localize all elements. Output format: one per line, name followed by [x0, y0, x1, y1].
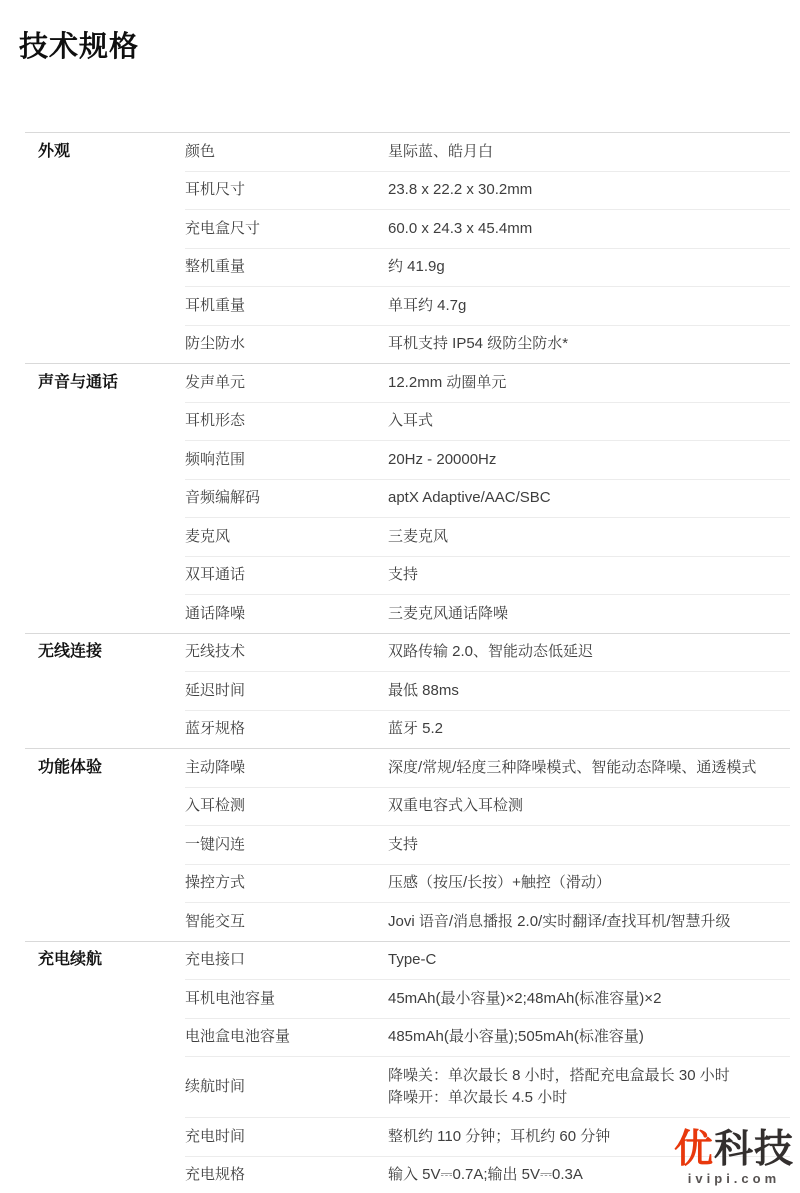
- spec-section-2: 声音与通话发声单元12.2mm 动圈单元耳机形态入耳式频响范围20Hz - 20…: [25, 363, 790, 633]
- spec-label: 双耳通话: [185, 564, 388, 587]
- spec-label: 一键闪连: [185, 834, 388, 857]
- spec-row: 主动降噪深度/常规/轻度三种降噪模式、智能动态降噪、通透模式: [185, 749, 790, 788]
- spec-row: 音频编解码aptX Adaptive/AAC/SBC: [185, 480, 790, 519]
- spec-section-3: 无线连接无线技术双路传输 2.0、智能动态低延迟延迟时间最低 88ms蓝牙规格蓝…: [25, 633, 790, 749]
- spec-value: 双路传输 2.0、智能动态低延迟: [388, 641, 790, 664]
- spec-value: 耳机支持 IP54 级防尘防水*: [388, 333, 790, 356]
- section-category: 无线连接: [25, 634, 185, 749]
- spec-value: 45mAh(最小容量)×2;48mAh(标准容量)×2: [388, 988, 790, 1011]
- spec-value: 蓝牙 5.2: [388, 718, 790, 741]
- spec-row: 耳机尺寸23.8 x 22.2 x 30.2mm: [185, 172, 790, 211]
- spec-value: 12.2mm 动圈单元: [388, 372, 790, 395]
- spec-value: 降噪关：单次最长 8 小时，搭配充电盒最长 30 小时 降噪开：单次最长 4.5…: [388, 1065, 790, 1110]
- section-rows: 颜色星际蓝、皓月白耳机尺寸23.8 x 22.2 x 30.2mm充电盒尺寸60…: [185, 133, 790, 363]
- spec-value: 压感（按压/长按）+触控（滑动）: [388, 872, 790, 895]
- spec-row: 续航时间降噪关：单次最长 8 小时，搭配充电盒最长 30 小时 降噪开：单次最长…: [185, 1057, 790, 1118]
- spec-label: 蓝牙规格: [185, 718, 388, 741]
- spec-row: 通话降噪三麦克风通话降噪: [185, 595, 790, 633]
- spec-label: 发声单元: [185, 372, 388, 395]
- spec-label: 音频编解码: [185, 487, 388, 510]
- spec-row: 耳机电池容量45mAh(最小容量)×2;48mAh(标准容量)×2: [185, 980, 790, 1019]
- spec-row: 电池盒电池容量485mAh(最小容量);505mAh(标准容量): [185, 1019, 790, 1058]
- site-logo-dark-part: 科技: [714, 1128, 794, 1171]
- spec-label: 延迟时间: [185, 680, 388, 703]
- spec-label: 耳机尺寸: [185, 179, 388, 202]
- spec-label: 智能交互: [185, 911, 388, 934]
- spec-label: 频响范围: [185, 449, 388, 472]
- spec-label: 耳机电池容量: [185, 988, 388, 1011]
- spec-row: 耳机形态入耳式: [185, 403, 790, 442]
- spec-label: 耳机形态: [185, 410, 388, 433]
- site-logo: 优科技: [674, 1130, 794, 1169]
- spec-row: 无线技术双路传输 2.0、智能动态低延迟: [185, 634, 790, 673]
- spec-row: 入耳检测双重电容式入耳检测: [185, 788, 790, 827]
- spec-table: 外观颜色星际蓝、皓月白耳机尺寸23.8 x 22.2 x 30.2mm充电盒尺寸…: [25, 132, 790, 1193]
- spec-value: 支持: [388, 564, 790, 587]
- spec-value: 约 41.9g: [388, 256, 790, 279]
- site-url: ivipi.com: [674, 1172, 794, 1185]
- spec-value: 星际蓝、皓月白: [388, 141, 790, 164]
- site-watermark: 优科技 ivipi.com: [674, 1130, 794, 1185]
- spec-value: 三麦克风: [388, 526, 790, 549]
- spec-value: 最低 88ms: [388, 680, 790, 703]
- spec-row: 麦克风三麦克风: [185, 518, 790, 557]
- spec-value: 485mAh(最小容量);505mAh(标准容量): [388, 1026, 790, 1049]
- spec-label: 麦克风: [185, 526, 388, 549]
- section-category: 充电续航: [25, 942, 185, 1193]
- spec-row: 智能交互Jovi 语音/消息播报 2.0/实时翻译/查找耳机/智慧升级: [185, 903, 790, 941]
- spec-label: 入耳检测: [185, 795, 388, 818]
- spec-value: 深度/常规/轻度三种降噪模式、智能动态降噪、通透模式: [388, 757, 790, 780]
- spec-value: Type-C: [388, 949, 790, 972]
- spec-label: 充电盒尺寸: [185, 218, 388, 241]
- section-rows: 发声单元12.2mm 动圈单元耳机形态入耳式频响范围20Hz - 20000Hz…: [185, 364, 790, 633]
- page-title: 技术规格: [19, 29, 139, 67]
- spec-row: 防尘防水耳机支持 IP54 级防尘防水*: [185, 326, 790, 364]
- spec-row: 延迟时间最低 88ms: [185, 672, 790, 711]
- section-category: 声音与通话: [25, 364, 185, 633]
- spec-value: 双重电容式入耳检测: [388, 795, 790, 818]
- spec-row: 一键闪连支持: [185, 826, 790, 865]
- spec-value: aptX Adaptive/AAC/SBC: [388, 487, 790, 510]
- spec-row: 频响范围20Hz - 20000Hz: [185, 441, 790, 480]
- spec-row: 整机重量约 41.9g: [185, 249, 790, 288]
- spec-row: 双耳通话支持: [185, 557, 790, 596]
- spec-section-4: 功能体验主动降噪深度/常规/轻度三种降噪模式、智能动态降噪、通透模式入耳检测双重…: [25, 748, 790, 941]
- spec-value: 支持: [388, 834, 790, 857]
- spec-label: 续航时间: [185, 1076, 388, 1099]
- spec-row: 蓝牙规格蓝牙 5.2: [185, 711, 790, 749]
- spec-label: 无线技术: [185, 641, 388, 664]
- spec-value: 单耳约 4.7g: [388, 295, 790, 318]
- spec-label: 整机重量: [185, 256, 388, 279]
- spec-value: 23.8 x 22.2 x 30.2mm: [388, 179, 790, 202]
- spec-label: 主动降噪: [185, 757, 388, 780]
- spec-value: Jovi 语音/消息播报 2.0/实时翻译/查找耳机/智慧升级: [388, 911, 790, 934]
- spec-row: 充电盒尺寸60.0 x 24.3 x 45.4mm: [185, 210, 790, 249]
- spec-value: 入耳式: [388, 410, 790, 433]
- spec-value: 三麦克风通话降噪: [388, 603, 790, 626]
- spec-row: 耳机重量单耳约 4.7g: [185, 287, 790, 326]
- spec-row: 充电接口Type-C: [185, 942, 790, 981]
- spec-value: 60.0 x 24.3 x 45.4mm: [388, 218, 790, 241]
- section-category: 功能体验: [25, 749, 185, 941]
- section-rows: 主动降噪深度/常规/轻度三种降噪模式、智能动态降噪、通透模式入耳检测双重电容式入…: [185, 749, 790, 941]
- spec-page: 技术规格 外观颜色星际蓝、皓月白耳机尺寸23.8 x 22.2 x 30.2mm…: [0, 0, 800, 1193]
- spec-label: 充电规格: [185, 1164, 388, 1187]
- spec-section-1: 外观颜色星际蓝、皓月白耳机尺寸23.8 x 22.2 x 30.2mm充电盒尺寸…: [25, 132, 790, 363]
- section-rows: 无线技术双路传输 2.0、智能动态低延迟延迟时间最低 88ms蓝牙规格蓝牙 5.…: [185, 634, 790, 749]
- spec-value: 20Hz - 20000Hz: [388, 449, 790, 472]
- spec-label: 颜色: [185, 141, 388, 164]
- site-logo-red-part: 优: [674, 1128, 714, 1171]
- spec-label: 防尘防水: [185, 333, 388, 356]
- spec-label: 充电接口: [185, 949, 388, 972]
- spec-row: 操控方式压感（按压/长按）+触控（滑动）: [185, 865, 790, 904]
- spec-row: 发声单元12.2mm 动圈单元: [185, 364, 790, 403]
- spec-label: 电池盒电池容量: [185, 1026, 388, 1049]
- spec-row: 颜色星际蓝、皓月白: [185, 133, 790, 172]
- spec-label: 通话降噪: [185, 603, 388, 626]
- spec-label: 耳机重量: [185, 295, 388, 318]
- spec-label: 操控方式: [185, 872, 388, 895]
- spec-label: 充电时间: [185, 1126, 388, 1149]
- section-category: 外观: [25, 133, 185, 363]
